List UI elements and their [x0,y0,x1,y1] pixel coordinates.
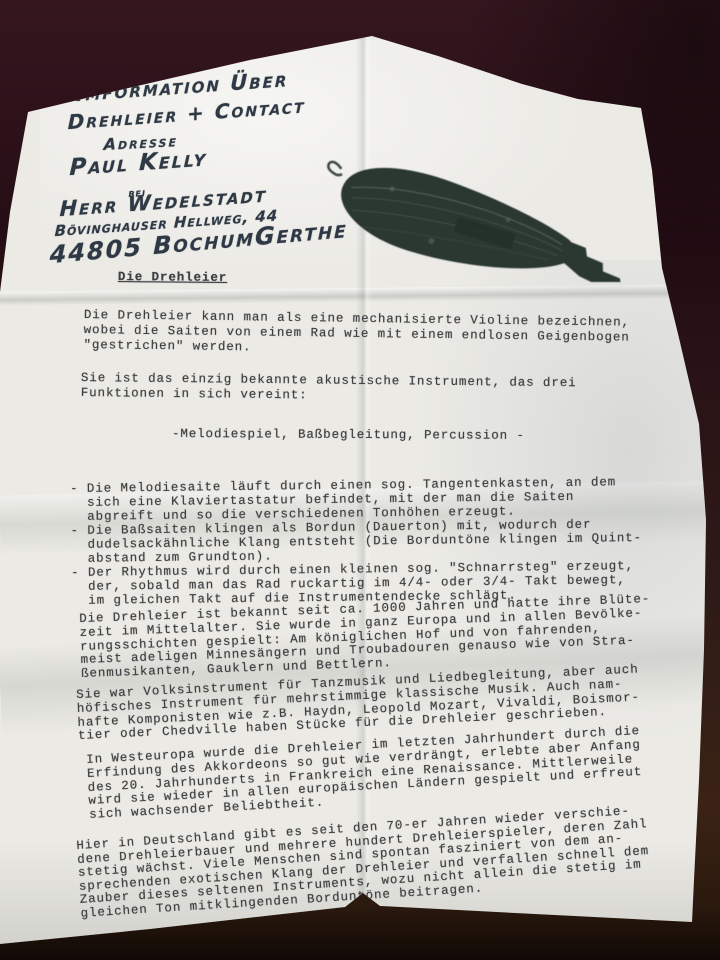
bullet-list: - Die Melodiesaite läuft durch einen sog… [70,475,643,608]
crank-handle [327,161,345,176]
typed-motto-line: -Melodiespiel, Baßbegleitung, Percussion… [172,427,525,444]
handwritten-line: Paul Kelly [69,145,208,181]
photo-background: Imformation Über Drehleier + Contact Adr… [0,0,720,960]
hurdy-gurdy-illustration [322,146,658,282]
typed-paragraph: Sie ist das einzig bekannte akustische I… [81,371,577,406]
fold-crease-horizontal-top [0,284,720,306]
pegbox-tail [558,241,629,282]
typed-paragraph: Die Drehleier kann man als eine mechanis… [83,308,630,361]
typed-heading: Die Drehleier [118,270,227,286]
letter-paper: Imformation Über Drehleier + Contact Adr… [0,0,720,960]
typed-paragraph: Hier in Deutschland gibt es seit den 70-… [76,804,651,921]
